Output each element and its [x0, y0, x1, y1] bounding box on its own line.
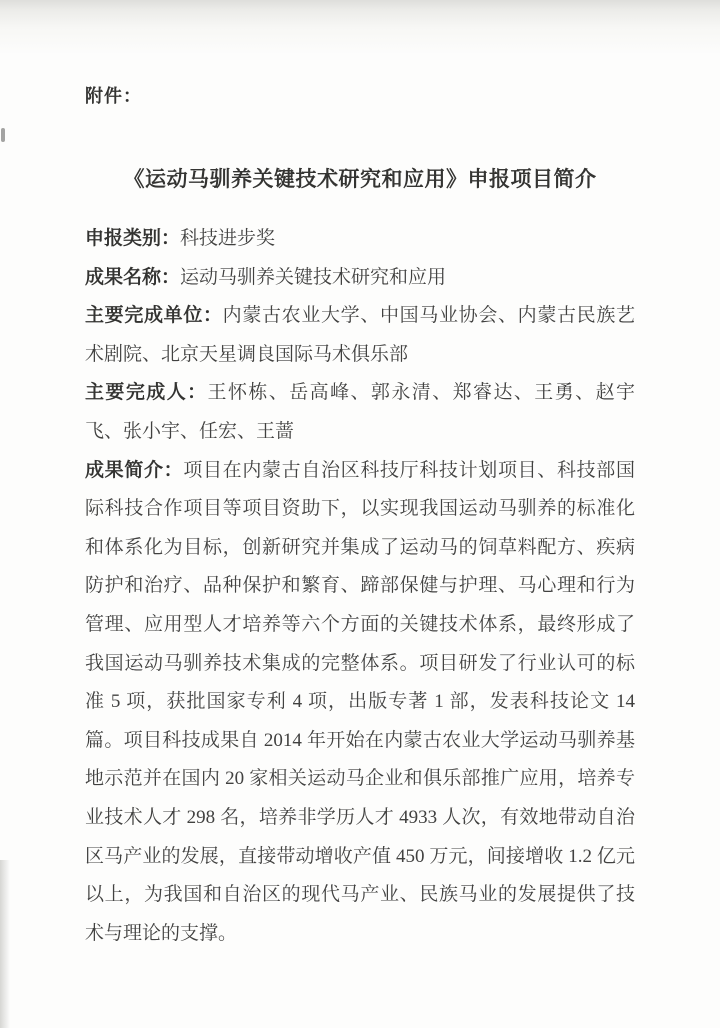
field-achievement-name: 成果名称：运动马驯养关键技术研究和应用 [85, 259, 635, 298]
field-main-contributors-label: 主要完成人： [85, 382, 208, 403]
scan-artifact-speck [1, 128, 5, 142]
attachment-label: 附件： [85, 84, 635, 108]
document-body: 申报类别：科技进步奖 成果名称：运动马驯养关键技术研究和应用 主要完成单位：内蒙… [85, 220, 635, 953]
scan-shadow-left-edge [0, 860, 10, 1028]
field-achievement-name-label: 成果名称： [85, 267, 180, 288]
field-main-organizations-label: 主要完成单位： [85, 305, 223, 326]
field-award-category: 申报类别：科技进步奖 [85, 220, 635, 259]
field-achievement-summary: 成果简介：项目在内蒙古自治区科技厅科技计划项目、科技部国际科技合作项目等项目资助… [85, 452, 635, 954]
scanned-document-page: 附件： 《运动马驯养关键技术研究和应用》申报项目简介 申报类别：科技进步奖 成果… [0, 0, 720, 1028]
document-title: 《运动马驯养关键技术研究和应用》申报项目简介 [85, 164, 635, 194]
field-main-contributors: 主要完成人：王怀栋、岳高峰、郭永清、郑睿达、王勇、赵宇飞、张小宇、任宏、王蔷 [85, 374, 635, 451]
field-main-organizations: 主要完成单位：内蒙古农业大学、中国马业协会、内蒙古民族艺术剧院、北京天星调良国际… [85, 297, 635, 374]
field-achievement-summary-value: 项目在内蒙古自治区科技厅科技计划项目、科技部国际科技合作项目等项目资助下，以实现… [85, 460, 635, 944]
field-award-category-value: 科技进步奖 [180, 228, 275, 249]
field-award-category-label: 申报类别： [85, 228, 180, 249]
field-achievement-summary-label: 成果简介： [85, 460, 183, 481]
field-achievement-name-value: 运动马驯养关键技术研究和应用 [180, 267, 446, 288]
